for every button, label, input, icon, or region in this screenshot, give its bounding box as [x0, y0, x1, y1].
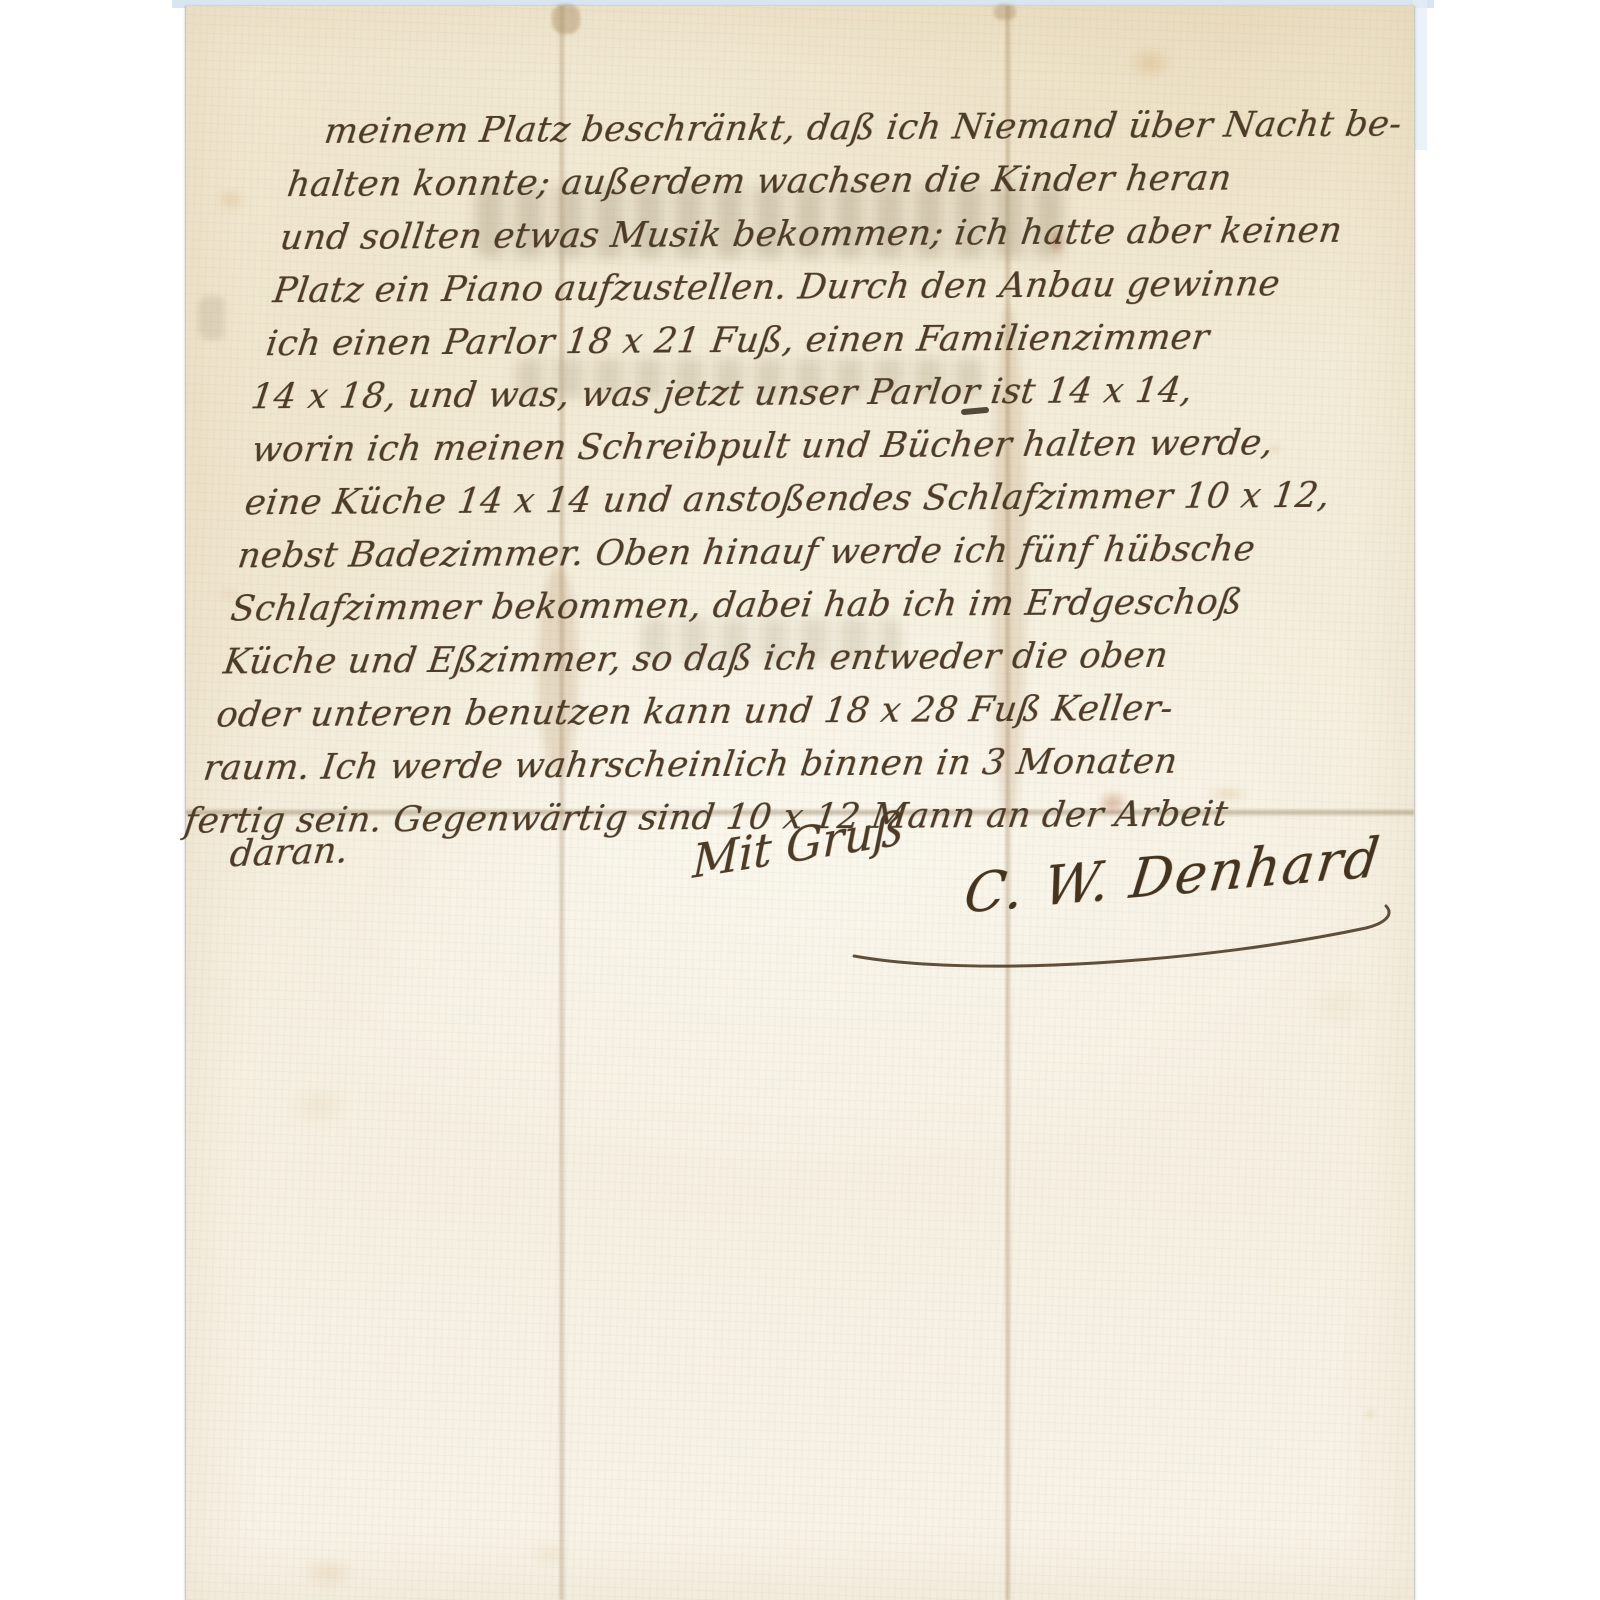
handwriting-line: nebst Badezimmer. Oben hinauf werde ich … — [234, 523, 1348, 584]
paper-edge-notch — [994, 4, 1016, 20]
handwriting-line: daran. — [228, 830, 350, 875]
paper-edge-notch — [552, 4, 580, 34]
stain — [284, 1082, 354, 1130]
handwriting-line: raum. Ich werde wahrscheinlich binnen in… — [200, 735, 1320, 796]
stain — [1364, 1408, 1376, 1420]
signature-flourish — [846, 894, 1416, 984]
handwriting-line: worin ich meinen Schreibpult und Bücher … — [248, 417, 1362, 478]
handwriting-line: Küche und Eßzimmer, so daß ich entweder … — [220, 629, 1334, 690]
handwriting-line: ich einen Parlor 18 x 21 Fuß, einen Fami… — [263, 310, 1377, 371]
stain — [1301, 980, 1371, 1030]
stain — [298, 1555, 358, 1591]
handwriting-line: meinem Platz beschränkt, daß ich Niemand… — [321, 98, 1405, 159]
stain — [216, 188, 246, 212]
handwriting-line: 14 x 18, und was, was jetzt unser Parlor… — [248, 364, 1370, 425]
stain — [1126, 46, 1174, 80]
handwriting-line: Schlafzimmer bekommen, dabei hab ich im … — [227, 576, 1341, 637]
bleedthrough-ghost — [198, 296, 228, 340]
handwriting-line: Platz ein Piano aufzustellen. Durch den … — [270, 257, 1384, 318]
handwriting-line: und sollten etwas Musik bekommen; ich ha… — [277, 204, 1391, 265]
handwriting-block: meinem Platz beschränkt, daß ich Niemand… — [199, 98, 1405, 848]
scanner-strip-right — [1413, 0, 1427, 150]
scan-background: meinem Platz beschränkt, daß ich Niemand… — [0, 0, 1600, 1600]
stain — [526, 1540, 572, 1568]
handwriting-line: oder unteren benutzen kann und 18 x 28 F… — [213, 682, 1327, 743]
letter-paper: meinem Platz beschränkt, daß ich Niemand… — [185, 6, 1415, 1600]
handwriting-line: eine Küche 14 x 14 und anstoßendes Schla… — [241, 470, 1355, 531]
handwriting-line: halten konnte; außerdem wachsen die Kind… — [284, 151, 1398, 212]
